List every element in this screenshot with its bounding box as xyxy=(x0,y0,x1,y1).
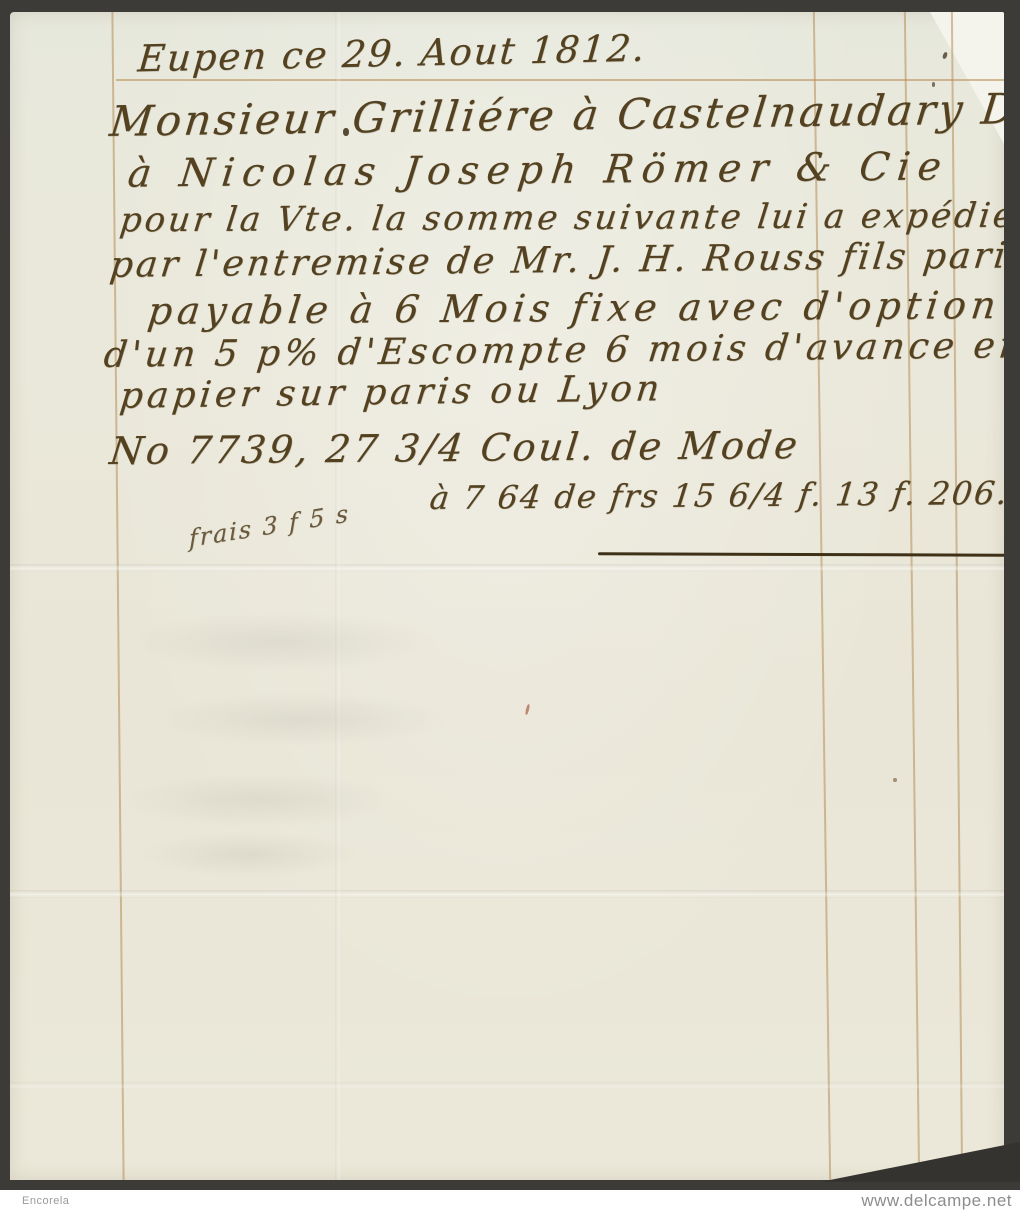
scanned-letter-image: Eupen ce 29. Aout 1812. Monsieur Grillié… xyxy=(0,0,1020,1211)
show-through-smudge xyxy=(120,772,400,827)
ruled-line-left-margin xyxy=(111,12,124,1180)
show-through-smudge xyxy=(140,832,360,877)
handwriting-body-line-2: par l'entremise de Mr. J. H. Rouss fils … xyxy=(108,235,1004,286)
ink-blot xyxy=(343,128,349,136)
handwriting-dateline: Eupen ce 29. Aout 1812. xyxy=(136,27,648,81)
handwriting-body-line-1: pour la Vte. la somme suivante lui a exp… xyxy=(118,196,1004,241)
handwriting-amount-line: à 7 64 de frs 15 6/4 f. 13 f. 206.14 — xyxy=(428,473,1004,517)
show-through-smudge xyxy=(120,612,440,672)
paper-speck xyxy=(893,778,897,782)
handwriting-frais-note: frais 3 f 5 s xyxy=(189,499,350,553)
handwriting-body-line-5: papier sur paris ou Lyon xyxy=(118,368,666,417)
ruled-line-under-date xyxy=(116,79,1004,81)
fold-crease-horizontal-2 xyxy=(10,890,1004,898)
total-underline xyxy=(598,552,1004,556)
ink-dot xyxy=(932,82,935,87)
letter-paper: Eupen ce 29. Aout 1812. Monsieur Grillié… xyxy=(10,12,1004,1180)
handwriting-body-line-4: d'un 5 p% d'Escompte 6 mois d'avance en xyxy=(102,325,1004,376)
handwriting-body-line-3: payable à 6 Mois fixe avec d'option xyxy=(145,283,1003,333)
watermark-site-url: www.delcampe.net xyxy=(861,1191,1020,1211)
watermark-bar: Encorela www.delcampe.net xyxy=(0,1190,1020,1211)
red-fiber-speck xyxy=(525,704,531,715)
fold-crease-horizontal-3 xyxy=(10,1082,1004,1090)
ink-dot xyxy=(942,52,948,60)
fold-crease-horizontal-1 xyxy=(10,564,1004,572)
handwriting-creditor-line: à Nicolas Joseph Römer & Cie xyxy=(125,144,951,196)
handwriting-addressee-line: Monsieur Grilliére à Castelnaudary Doit xyxy=(107,83,1004,146)
watermark-seller-name: Encorela xyxy=(0,1195,69,1207)
show-through-smudge xyxy=(150,692,450,747)
ruled-line-right-3 xyxy=(951,12,963,1180)
handwriting-item-line: No 7739, 27 3/4 Coul. de Mode xyxy=(108,423,803,473)
